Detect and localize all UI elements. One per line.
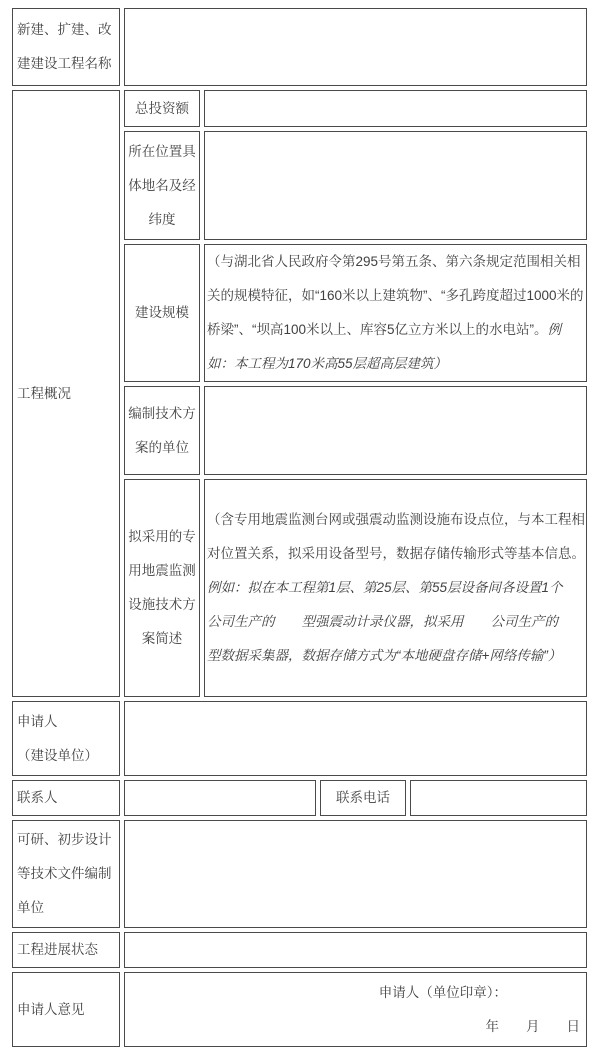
- contact-value-field[interactable]: [124, 780, 316, 816]
- scale-note-text: （与湖北省人民政府令第295号第五条、第六条规定范围相关相关的规模特征，如“16…: [207, 254, 584, 337]
- row-contact: 联系人 联系电话: [12, 780, 587, 816]
- page: 新建、扩建、改建建设工程名称 工程概况 总投资额 所在位置具体地名及经纬度 建设…: [0, 0, 614, 1058]
- date-line: 年 月 日: [127, 1010, 585, 1044]
- design-unit-value-field[interactable]: [124, 820, 587, 928]
- applicant-value-field[interactable]: [124, 701, 587, 776]
- applicant-label-line1: 申请人: [17, 705, 115, 739]
- opinion-label: 申请人意见: [12, 972, 120, 1047]
- row-progress: 工程进展状态: [12, 932, 587, 968]
- location-label: 所在位置具体地名及经纬度: [124, 131, 200, 240]
- contact-label: 联系人: [12, 780, 120, 816]
- row-design-unit: 可研、初步设计等技术文件编制单位: [12, 820, 587, 928]
- overview-label: 工程概况: [12, 90, 120, 697]
- row-applicant: 申请人 （建设单位）: [12, 701, 587, 776]
- applicant-label: 申请人 （建设单位）: [12, 701, 120, 776]
- project-name-value-field[interactable]: [124, 8, 587, 86]
- plan-unit-value-field[interactable]: [204, 386, 587, 475]
- progress-label: 工程进展状态: [12, 932, 120, 968]
- applicant-label-line2: （建设单位）: [17, 739, 115, 773]
- monitoring-plan-label: 拟采用的专用地震监测设施技术方案简述: [124, 479, 200, 697]
- location-value-field[interactable]: [204, 131, 587, 240]
- row-opinion: 申请人意见 申请人（单位印章）： 年 月 日: [12, 972, 587, 1047]
- row-total-investment: 工程概况 总投资额: [12, 90, 587, 127]
- monitoring-plan-note-text: （含专用地震监测台网或强震动监测设施布设点位，与本工程相对位置关系，拟采用设备型…: [207, 512, 585, 561]
- plan-unit-label: 编制技术方案的单位: [124, 386, 200, 475]
- monitoring-plan-value-field[interactable]: （含专用地震监测台网或强震动监测设施布设点位，与本工程相对位置关系，拟采用设备型…: [204, 479, 587, 697]
- application-form-table: 新建、扩建、改建建设工程名称 工程概况 总投资额 所在位置具体地名及经纬度 建设…: [8, 4, 591, 1051]
- contact-phone-label: 联系电话: [320, 780, 406, 816]
- signature-line: 申请人（单位印章）：: [127, 976, 585, 1010]
- design-unit-label: 可研、初步设计等技术文件编制单位: [12, 820, 120, 928]
- scale-label: 建设规模: [124, 244, 200, 382]
- opinion-value-field[interactable]: 申请人（单位印章）： 年 月 日: [124, 972, 587, 1047]
- contact-phone-value-field[interactable]: [410, 780, 587, 816]
- total-investment-label: 总投资额: [124, 90, 200, 127]
- progress-value-field[interactable]: [124, 932, 587, 968]
- row-project-name: 新建、扩建、改建建设工程名称: [12, 8, 587, 86]
- total-investment-value-field[interactable]: [204, 90, 587, 127]
- monitoring-plan-example-text: 例如：拟在本工程第1层、第25层、第55层设备间各设置1个 公司生产的 型强震动…: [207, 580, 585, 663]
- scale-value-field[interactable]: （与湖北省人民政府令第295号第五条、第六条规定范围相关相关的规模特征，如“16…: [204, 244, 587, 382]
- project-name-label: 新建、扩建、改建建设工程名称: [12, 8, 120, 86]
